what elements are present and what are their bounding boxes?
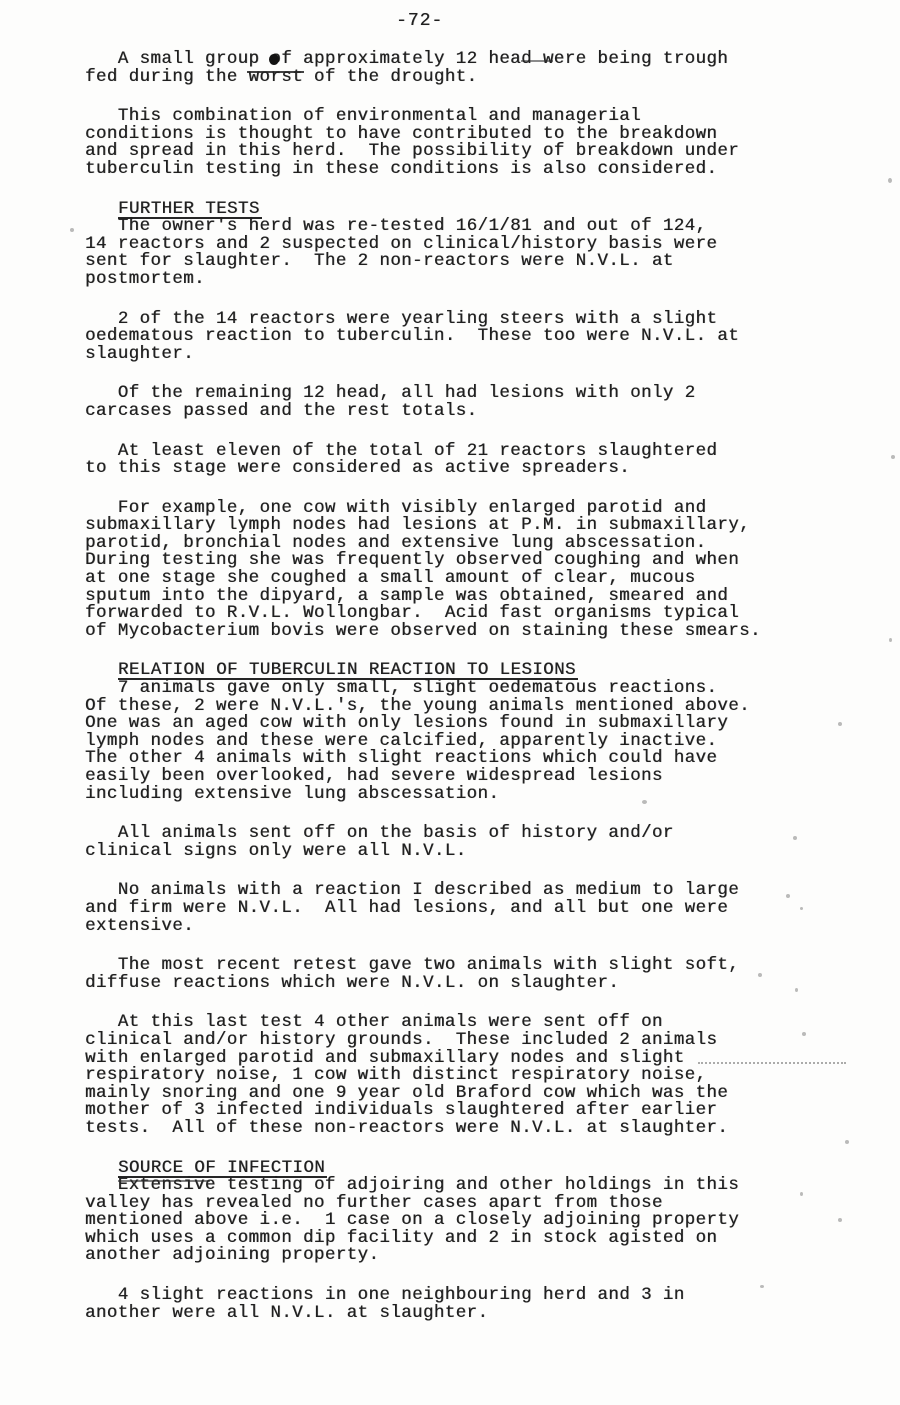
paragraph-combination: This combination of environmental and ma… bbox=[85, 108, 785, 178]
scan-speck bbox=[838, 722, 842, 726]
scan-speck bbox=[70, 228, 74, 232]
scan-speck bbox=[800, 1192, 803, 1196]
paragraph-retest-16-1-81: The owner's herd was re-tested 16/1/81 a… bbox=[85, 218, 785, 288]
paragraph-neighbouring-herd: 4 slight reactions in one neighbouring h… bbox=[85, 1287, 785, 1322]
page-number: -72- bbox=[396, 13, 443, 31]
scan-speck bbox=[800, 907, 803, 910]
scan-speck bbox=[802, 1032, 806, 1036]
paragraph-yearling-steers: 2 of the 14 reactors were yearling steer… bbox=[85, 311, 785, 364]
scan-speck bbox=[786, 894, 790, 898]
scan-speck bbox=[888, 178, 892, 183]
paragraph-extensive-testing: Extensive testing of adjoiring and other… bbox=[85, 1177, 785, 1265]
scan-speck bbox=[793, 836, 797, 840]
scan-speck bbox=[795, 988, 798, 992]
paragraph-7-animals: 7 animals gave only small, slight oedema… bbox=[85, 680, 785, 803]
scan-speck bbox=[845, 1140, 849, 1144]
scan-speck bbox=[891, 455, 895, 459]
paragraph-active-spreaders: At least eleven of the total of 21 react… bbox=[85, 443, 785, 478]
paragraph-last-test-4: At this last test 4 other animals were s… bbox=[85, 1014, 785, 1137]
paragraph-no-animals-medium: No animals with a reaction I described a… bbox=[85, 882, 785, 935]
paragraph-example-cow: For example, one cow with visibly enlarg… bbox=[85, 500, 785, 641]
paragraph-trough-fed: A small group of approximately 12 head w… bbox=[85, 51, 785, 86]
scan-speck bbox=[838, 1218, 842, 1222]
document-body: A small group of approximately 12 head w… bbox=[85, 51, 785, 1344]
scanned-document-page: -72- A small group of approximately 12 h… bbox=[0, 0, 900, 1405]
paragraph-recent-retest: The most recent retest gave two animals … bbox=[85, 957, 785, 992]
paragraph-remaining-12-head: Of the remaining 12 head, all had lesion… bbox=[85, 385, 785, 420]
scan-speck bbox=[889, 638, 892, 642]
paragraph-history-clinical: All animals sent off on the basis of his… bbox=[85, 825, 785, 860]
